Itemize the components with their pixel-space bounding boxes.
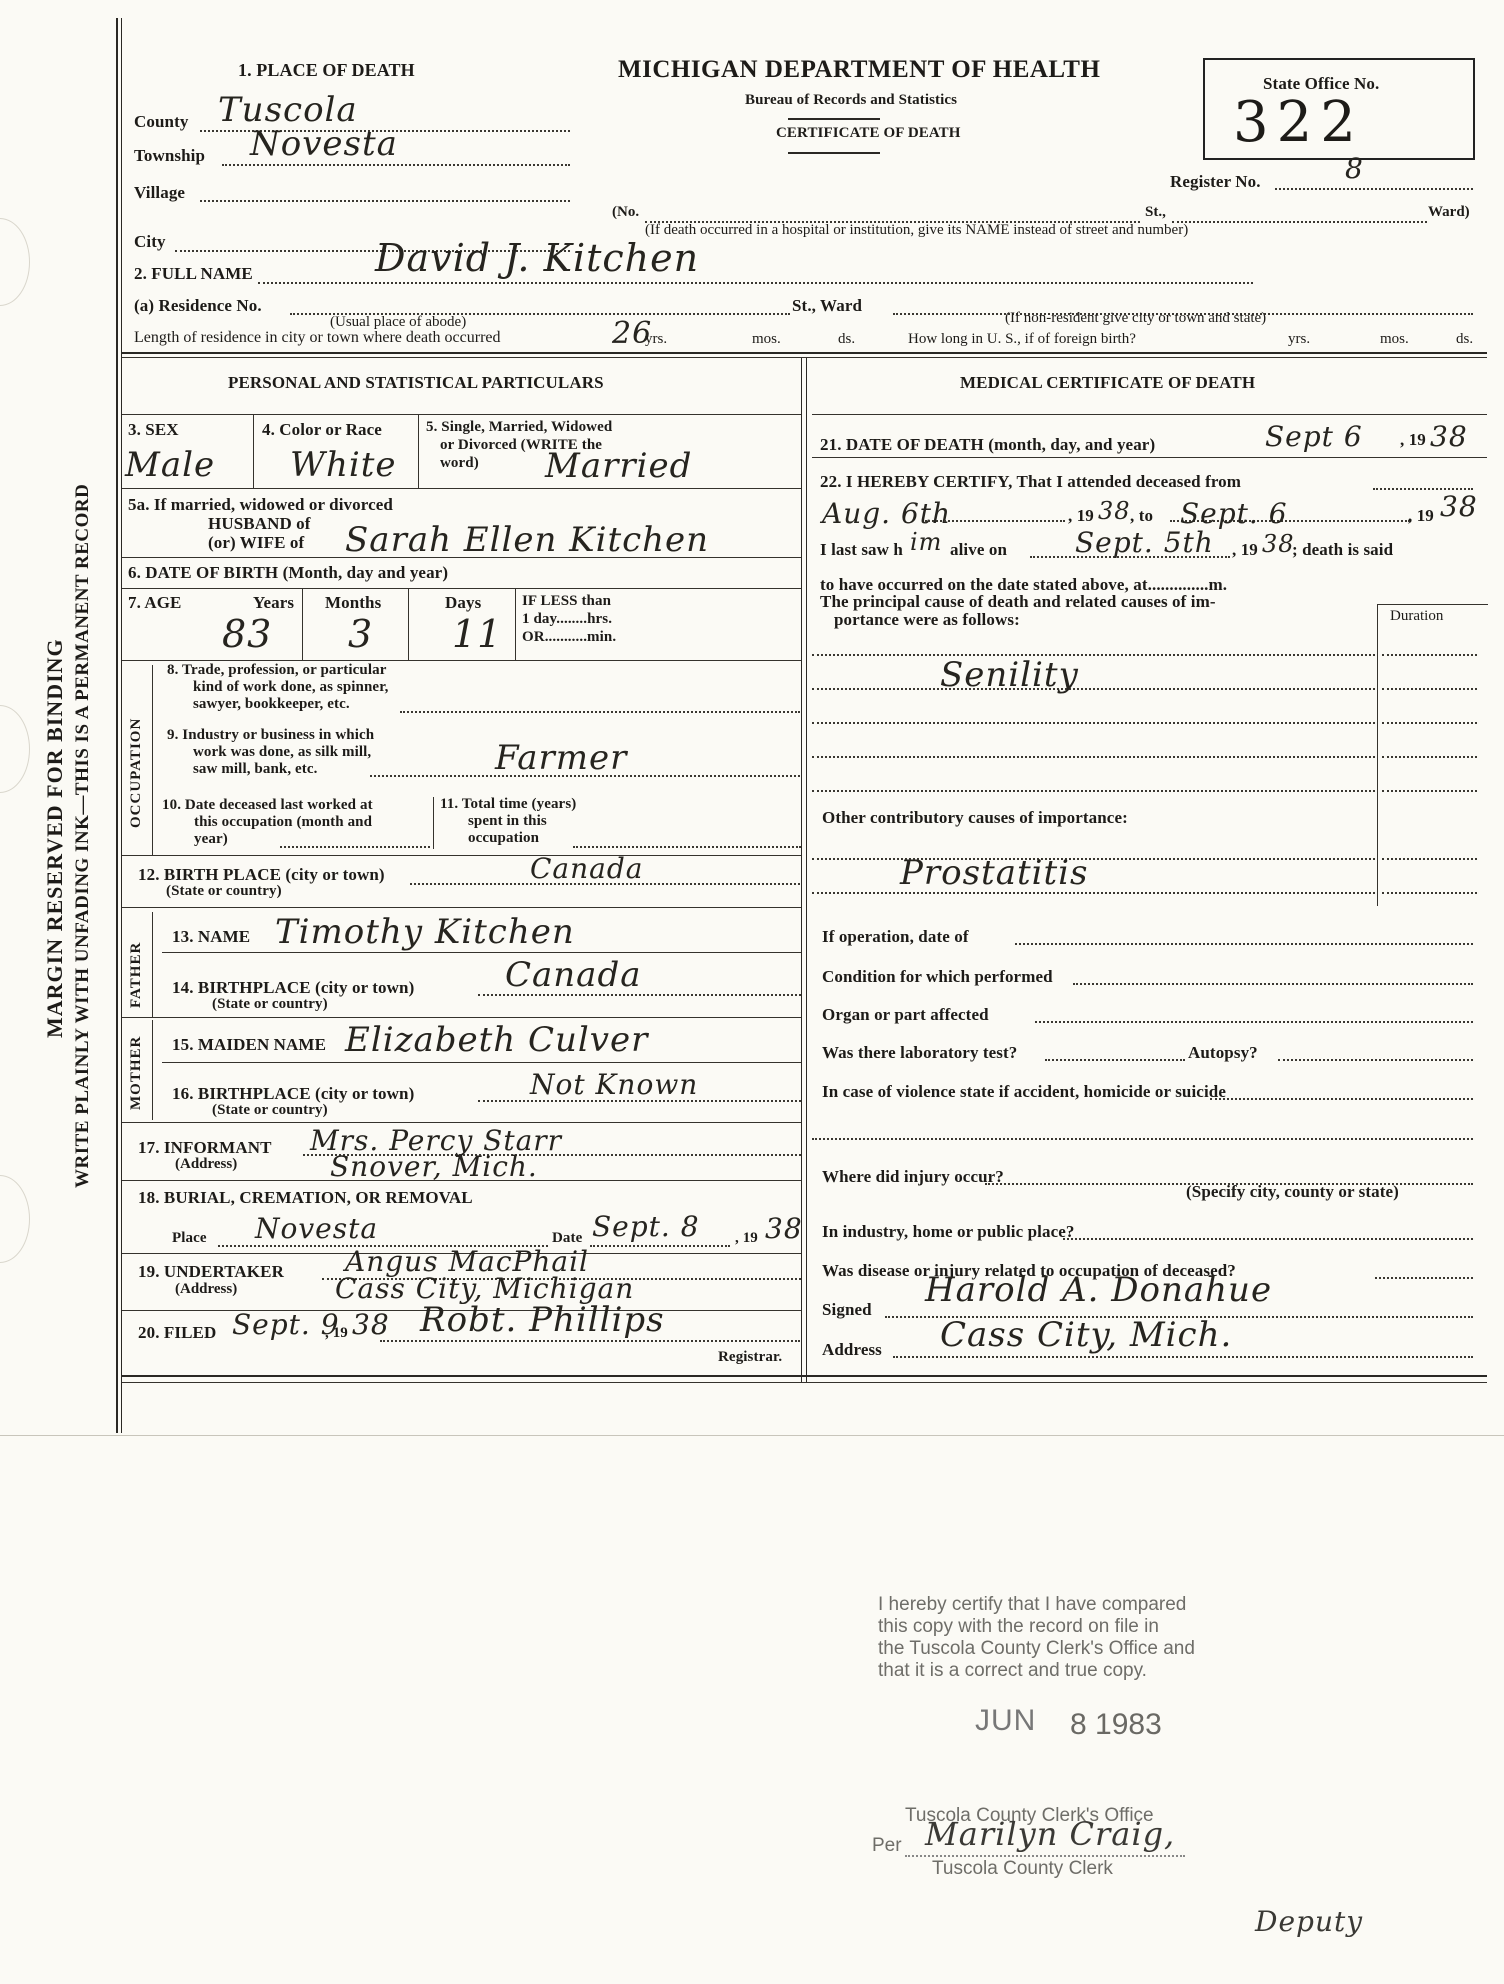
- principal-cause-label-line: The principal cause of death and related…: [820, 593, 1216, 611]
- trade-field-line: [400, 711, 800, 713]
- duration-field-line: [1382, 722, 1477, 724]
- principal-cause-value[interactable]: Senility: [940, 655, 1079, 695]
- city-label: City: [134, 232, 166, 252]
- trade-label-line: sawyer, bookkeeper, etc.: [167, 696, 388, 713]
- date-of-death-label: 21. DATE OF DEATH (month, day, and year): [820, 435, 1155, 455]
- registrar-signature[interactable]: Robt. Phillips: [420, 1300, 665, 1340]
- filed-year-prefix: , 19: [325, 1325, 348, 1342]
- personal-section-title: PERSONAL AND STATISTICAL PARTICULARS: [228, 373, 604, 393]
- total-time-label: 11. Total time (years) spent in this occ…: [440, 796, 576, 847]
- trade-label: 8. Trade, profession, or particular kind…: [167, 662, 388, 713]
- filed-date-value[interactable]: Sept. 9: [232, 1308, 340, 1341]
- register-number[interactable]: 8: [1345, 152, 1364, 185]
- lab-test-field-line: [1045, 1059, 1185, 1061]
- industry-place-field-line: [1063, 1238, 1473, 1240]
- to-year-value[interactable]: 38: [1440, 490, 1478, 523]
- us-yrs-unit: yrs.: [1288, 331, 1310, 348]
- duration-field-line: [1382, 688, 1477, 690]
- per-label: Per: [872, 1835, 902, 1857]
- mother-birthplace-label: 16. BIRTHPLACE (city or town) (State or …: [172, 1085, 414, 1119]
- registrar-label: Registrar.: [718, 1349, 782, 1366]
- last-saw-year-prefix: , 19: [1232, 540, 1258, 560]
- burial-year-value[interactable]: 38: [765, 1212, 803, 1245]
- sex-label: 3. SEX: [128, 420, 179, 440]
- certification-text: I hereby certify that I have compared th…: [878, 1594, 1195, 1682]
- last-worked-label: 10. Date deceased last worked at this oc…: [162, 797, 373, 848]
- father-side-divider: [152, 912, 153, 1017]
- street-st-label: St.,: [1145, 204, 1166, 221]
- mother-name-value[interactable]: Elizabeth Culver: [345, 1020, 648, 1060]
- cause-field-line: [812, 756, 1375, 758]
- department-title: MICHIGAN DEPARTMENT OF HEALTH: [618, 56, 1100, 84]
- age-years-label: Years: [253, 593, 294, 613]
- certification-text-line: I hereby certify that I have compared: [878, 1594, 1195, 1616]
- full-name-label: 2. FULL NAME: [134, 264, 253, 284]
- cause-field-line: [812, 892, 1375, 894]
- medical-section-title: MEDICAL CERTIFICATE OF DEATH: [960, 373, 1255, 393]
- contributory-cause-value[interactable]: Prostatitis: [900, 853, 1089, 893]
- duration-rule: [1378, 604, 1488, 605]
- register-field-line: [1275, 188, 1473, 190]
- address-label: Address: [822, 1340, 882, 1360]
- county-label: County: [134, 112, 188, 132]
- physician-address[interactable]: Cass City, Mich.: [940, 1315, 1232, 1355]
- address-field-line: [893, 1356, 1473, 1358]
- last-saw-year-value[interactable]: 38: [1262, 530, 1295, 558]
- certify-label: 22. I HEREBY CERTIFY, That I attended de…: [820, 472, 1241, 492]
- father-birthplace-label: 14. BIRTHPLACE (city or town) (State or …: [172, 979, 414, 1013]
- length-ds-unit: ds.: [838, 331, 855, 348]
- from-year-value[interactable]: 38: [1098, 497, 1131, 525]
- principal-cause-label: The principal cause of death and related…: [820, 593, 1216, 629]
- cause-field-line: [812, 858, 1375, 860]
- certification-text-line: this copy with the record on file in: [878, 1616, 1195, 1638]
- binder-hole-icon: [0, 705, 30, 793]
- total-time-label-line: occupation: [440, 830, 576, 847]
- informant-address-value[interactable]: Snover, Mich.: [330, 1150, 538, 1183]
- filed-label: 20. FILED: [138, 1323, 216, 1343]
- margin-permanent-record-text: WRITE PLAINLY WITH UNFADING INK—THIS IS …: [72, 484, 94, 1188]
- street-ward-field-line: [1172, 221, 1427, 223]
- section-rule: [122, 352, 1487, 354]
- industry-label-line: saw mill, bank, etc.: [167, 761, 374, 778]
- bureau-subtitle: Bureau of Records and Statistics: [745, 92, 957, 109]
- street-ward-label: Ward): [1428, 204, 1470, 221]
- township-value[interactable]: Novesta: [250, 124, 398, 164]
- last-worked-field-line: [280, 846, 430, 848]
- cell-divider: [433, 797, 434, 849]
- register-label: Register No.: [1170, 172, 1261, 192]
- header-rule: [788, 152, 880, 154]
- row-rule: [122, 488, 801, 489]
- cell-divider: [515, 588, 516, 660]
- organ-field-line: [1035, 1021, 1473, 1023]
- row-rule: [122, 588, 801, 589]
- injury-where-label: Where did injury occur?: [822, 1167, 1004, 1187]
- age-days-label: Days: [445, 593, 481, 613]
- row-rule: [122, 907, 801, 908]
- race-value[interactable]: White: [290, 445, 397, 485]
- county-clerk-label: Tuscola County Clerk: [932, 1858, 1113, 1880]
- birthplace-label-line: 12. BIRTH PLACE (city or town): [138, 866, 385, 883]
- condition-field-line: [1073, 983, 1473, 985]
- duration-field-line: [1382, 756, 1477, 758]
- full-name-value[interactable]: David J. Kitchen: [375, 236, 699, 280]
- father-birthplace-value[interactable]: Canada: [505, 955, 642, 995]
- mother-side-divider: [152, 1020, 153, 1120]
- less-label-line: 1 day........hrs.: [522, 610, 616, 628]
- injury-note: (Specify city, county or state): [1186, 1182, 1399, 1202]
- duration-field-line: [1382, 858, 1477, 860]
- form-border-left-outer: [116, 18, 118, 1433]
- marital-label-line: 5. Single, Married, Widowed: [426, 418, 612, 436]
- clerk-signature[interactable]: Marilyn Craig,: [925, 1815, 1175, 1853]
- industry-place-label: In industry, home or public place?: [822, 1222, 1074, 1242]
- duration-field-line: [1382, 654, 1477, 656]
- full-name-field-line: [258, 282, 1253, 284]
- state-office-box: State Office No. 322: [1203, 58, 1475, 160]
- duration-field-line: [1382, 892, 1477, 894]
- from-year-prefix: , 19: [1068, 506, 1094, 526]
- last-saw-date-value[interactable]: Sept. 5th: [1075, 526, 1214, 559]
- undertaker-address-label: (Address): [175, 1281, 237, 1298]
- burial-date-field-line: [590, 1245, 730, 1247]
- cause-field-line: [812, 790, 1375, 792]
- filed-field-line: [380, 1340, 800, 1342]
- row-rule: [122, 414, 801, 415]
- duration-label: Duration: [1390, 608, 1443, 625]
- township-label: Township: [134, 146, 205, 166]
- cause-field-line: [812, 722, 1375, 724]
- less-label-line: OR...........min.: [522, 628, 616, 646]
- age-days-value[interactable]: 11: [452, 612, 502, 656]
- burial-place-value[interactable]: Novesta: [255, 1212, 378, 1245]
- attended-from-field-line: [925, 520, 1065, 522]
- length-yrs-unit: yrs.: [645, 331, 667, 348]
- form-border-left-inner: [121, 18, 122, 1433]
- informant-address-label: (Address): [175, 1156, 237, 1173]
- industry-label: 9. Industry or business in which work wa…: [167, 727, 374, 778]
- us-mos-unit: mos.: [1380, 331, 1409, 348]
- duration-field-line: [1382, 790, 1477, 792]
- lab-test-label: Was there laboratory test?: [822, 1043, 1017, 1063]
- spouse-value[interactable]: Sarah Ellen Kitchen: [345, 520, 709, 560]
- row-rule: [812, 457, 1487, 458]
- last-worked-label-line: 10. Date deceased last worked at: [162, 797, 373, 814]
- sex-value[interactable]: Male: [125, 445, 215, 485]
- section-rule: [122, 357, 1487, 358]
- date-of-death-year[interactable]: 38: [1430, 420, 1468, 453]
- occupation-side-divider: [152, 665, 153, 855]
- residence-label: (a) Residence No.: [134, 296, 262, 316]
- cell-divider: [302, 588, 303, 660]
- nonresident-note: (If non-resident give city or town and s…: [1005, 310, 1266, 327]
- length-residence-label: Length of residence in city or town wher…: [134, 329, 501, 347]
- condition-label: Condition for which performed: [822, 967, 1053, 987]
- principal-cause-label-line: portance were as follows:: [820, 611, 1216, 629]
- row-rule: [122, 1122, 801, 1123]
- last-saw-pronoun[interactable]: im: [910, 528, 942, 556]
- mother-birthplace-label-line: 16. BIRTHPLACE (city or town): [172, 1085, 414, 1102]
- village-field-line: [200, 200, 570, 202]
- deputy-signature[interactable]: Deputy: [1255, 1905, 1363, 1938]
- mother-birthplace-value[interactable]: Not Known: [530, 1068, 698, 1101]
- less-label-line: IF LESS than: [522, 592, 616, 610]
- violence-label: In case of violence state if accident, h…: [822, 1082, 1226, 1102]
- operation-label: If operation, date of: [822, 927, 969, 947]
- violence-field-line-2: [812, 1138, 1473, 1140]
- industry-value[interactable]: Farmer: [495, 738, 627, 778]
- age-years-value[interactable]: 83: [222, 612, 272, 656]
- birthplace-label: 12. BIRTH PLACE (city or town) (State or…: [138, 866, 385, 900]
- cause-field-line: [812, 654, 1375, 656]
- occupation-side-label: OCCUPATION: [128, 718, 145, 828]
- father-name-label: 13. NAME: [172, 927, 250, 947]
- undertaker-label: 19. UNDERTAKER: [138, 1262, 284, 1282]
- organ-label: Organ or part affected: [822, 1005, 989, 1025]
- filed-year-value[interactable]: 38: [352, 1308, 390, 1341]
- age-label: 7. AGE: [128, 593, 182, 613]
- form-bottom-rule: [122, 1375, 1487, 1377]
- certificate-title: CERTIFICATE OF DEATH: [776, 125, 961, 142]
- us-ds-unit: ds.: [1456, 331, 1473, 348]
- dob-label: 6. DATE OF BIRTH (Month, day and year): [128, 563, 448, 583]
- birthplace-label-line: (State or country): [138, 883, 385, 900]
- occupation-related-field-line: [1375, 1277, 1473, 1279]
- stamp-date-rest: 8 1983: [1070, 1714, 1162, 1736]
- row-rule: [162, 1062, 801, 1063]
- hospital-note: (If death occurred in a hospital or inst…: [645, 222, 1188, 239]
- autopsy-field-line: [1278, 1059, 1473, 1061]
- violence-field-line: [1210, 1098, 1473, 1100]
- row-rule: [812, 414, 1487, 415]
- cause-field-line: [812, 688, 1375, 690]
- scan-edge: [0, 1435, 1504, 1436]
- autopsy-label: Autopsy?: [1188, 1043, 1258, 1063]
- row-rule: [122, 855, 801, 856]
- burial-place-label: Place: [172, 1230, 207, 1247]
- less-than-day-label: IF LESS than 1 day........hrs. OR.......…: [522, 592, 616, 646]
- row-rule: [122, 660, 801, 661]
- last-saw-label: I last saw h: [820, 540, 903, 560]
- row-rule: [122, 557, 801, 558]
- marital-value[interactable]: Married: [545, 446, 692, 486]
- father-birthplace-label-line: 14. BIRTHPLACE (city or town): [172, 979, 414, 996]
- row-rule: [122, 1017, 801, 1018]
- age-months-label: Months: [325, 593, 381, 613]
- clerk-signature-line: [905, 1855, 1185, 1857]
- row-rule: [162, 952, 801, 953]
- industry-label-line: work was done, as silk mill,: [167, 744, 374, 761]
- certification-text-line: that it is a correct and true copy.: [878, 1660, 1195, 1682]
- informant-label: 17. INFORMANT: [138, 1138, 272, 1158]
- burial-year-prefix: , 19: [735, 1230, 758, 1247]
- industry-label-line: 9. Industry or business in which: [167, 727, 374, 744]
- date-of-death-value[interactable]: Sept 6: [1265, 420, 1363, 453]
- column-divider: [806, 358, 807, 1383]
- father-name-value[interactable]: Timothy Kitchen: [275, 912, 575, 952]
- to-year-prefix: , 19: [1408, 506, 1434, 526]
- cell-divider: [418, 414, 419, 488]
- contributory-label: Other contributory causes of importance:: [822, 808, 1128, 828]
- burial-date-value[interactable]: Sept. 8: [592, 1210, 700, 1243]
- last-worked-label-line: this occupation (month and: [162, 814, 373, 831]
- spouse-label-line: 5a. If married, widowed or divorced: [128, 495, 393, 514]
- place-of-death-title: 1. PLACE OF DEATH: [238, 60, 415, 81]
- father-side-label: FATHER: [128, 942, 145, 1008]
- state-office-number[interactable]: 322: [1233, 90, 1364, 155]
- mother-birthplace-label-line: (State or country): [172, 1102, 414, 1119]
- cell-divider: [253, 414, 254, 488]
- total-time-label-line: 11. Total time (years): [440, 796, 576, 813]
- cell-divider: [408, 588, 409, 660]
- to-label: , to: [1130, 506, 1153, 526]
- date-of-death-year-prefix: , 19: [1400, 430, 1426, 450]
- attended-from-value[interactable]: Aug. 6th: [822, 497, 951, 530]
- mother-name-label: 15. MAIDEN NAME: [172, 1035, 326, 1055]
- trade-label-line: kind of work done, as spinner,: [167, 679, 388, 696]
- operation-field-line: [1015, 943, 1473, 945]
- signed-label: Signed: [822, 1300, 872, 1320]
- trade-label-line: 8. Trade, profession, or particular: [167, 662, 388, 679]
- us-residence-label: How long in U. S., if of foreign birth?: [908, 331, 1136, 348]
- residence-st-ward-label: St., Ward: [792, 296, 862, 316]
- row-rule: [122, 1180, 801, 1181]
- township-field-line: [222, 164, 570, 166]
- age-months-value[interactable]: 3: [348, 612, 373, 656]
- certification-text-line: the Tuscola County Clerk's Office and: [878, 1638, 1195, 1660]
- race-label: 4. Color or Race: [262, 420, 382, 440]
- street-no-label: (No.: [612, 204, 639, 221]
- death-is-said-label: ; death is said: [1292, 540, 1393, 560]
- mother-side-label: MOTHER: [128, 1036, 145, 1110]
- binder-hole-icon: [0, 218, 30, 306]
- header-rule: [788, 118, 880, 120]
- stamp-date-month: JUN: [975, 1710, 1036, 1732]
- father-birthplace-label-line: (State or country): [172, 996, 414, 1013]
- total-time-label-line: spent in this: [440, 813, 576, 830]
- village-label: Village: [134, 183, 185, 203]
- duration-divider: [1377, 604, 1378, 906]
- physician-signature[interactable]: Harold A. Donahue: [925, 1270, 1272, 1310]
- length-mos-unit: mos.: [752, 331, 781, 348]
- burial-label: 18. BURIAL, CREMATION, OR REMOVAL: [138, 1188, 473, 1208]
- alive-on-label: alive on: [950, 540, 1007, 560]
- total-time-field-line: [573, 846, 801, 848]
- form-bottom-rule: [122, 1382, 1487, 1383]
- binder-hole-icon: [0, 1175, 30, 1263]
- birthplace-value[interactable]: Canada: [530, 852, 643, 885]
- margin-binding-text: MARGIN RESERVED FOR BINDING: [42, 638, 68, 1038]
